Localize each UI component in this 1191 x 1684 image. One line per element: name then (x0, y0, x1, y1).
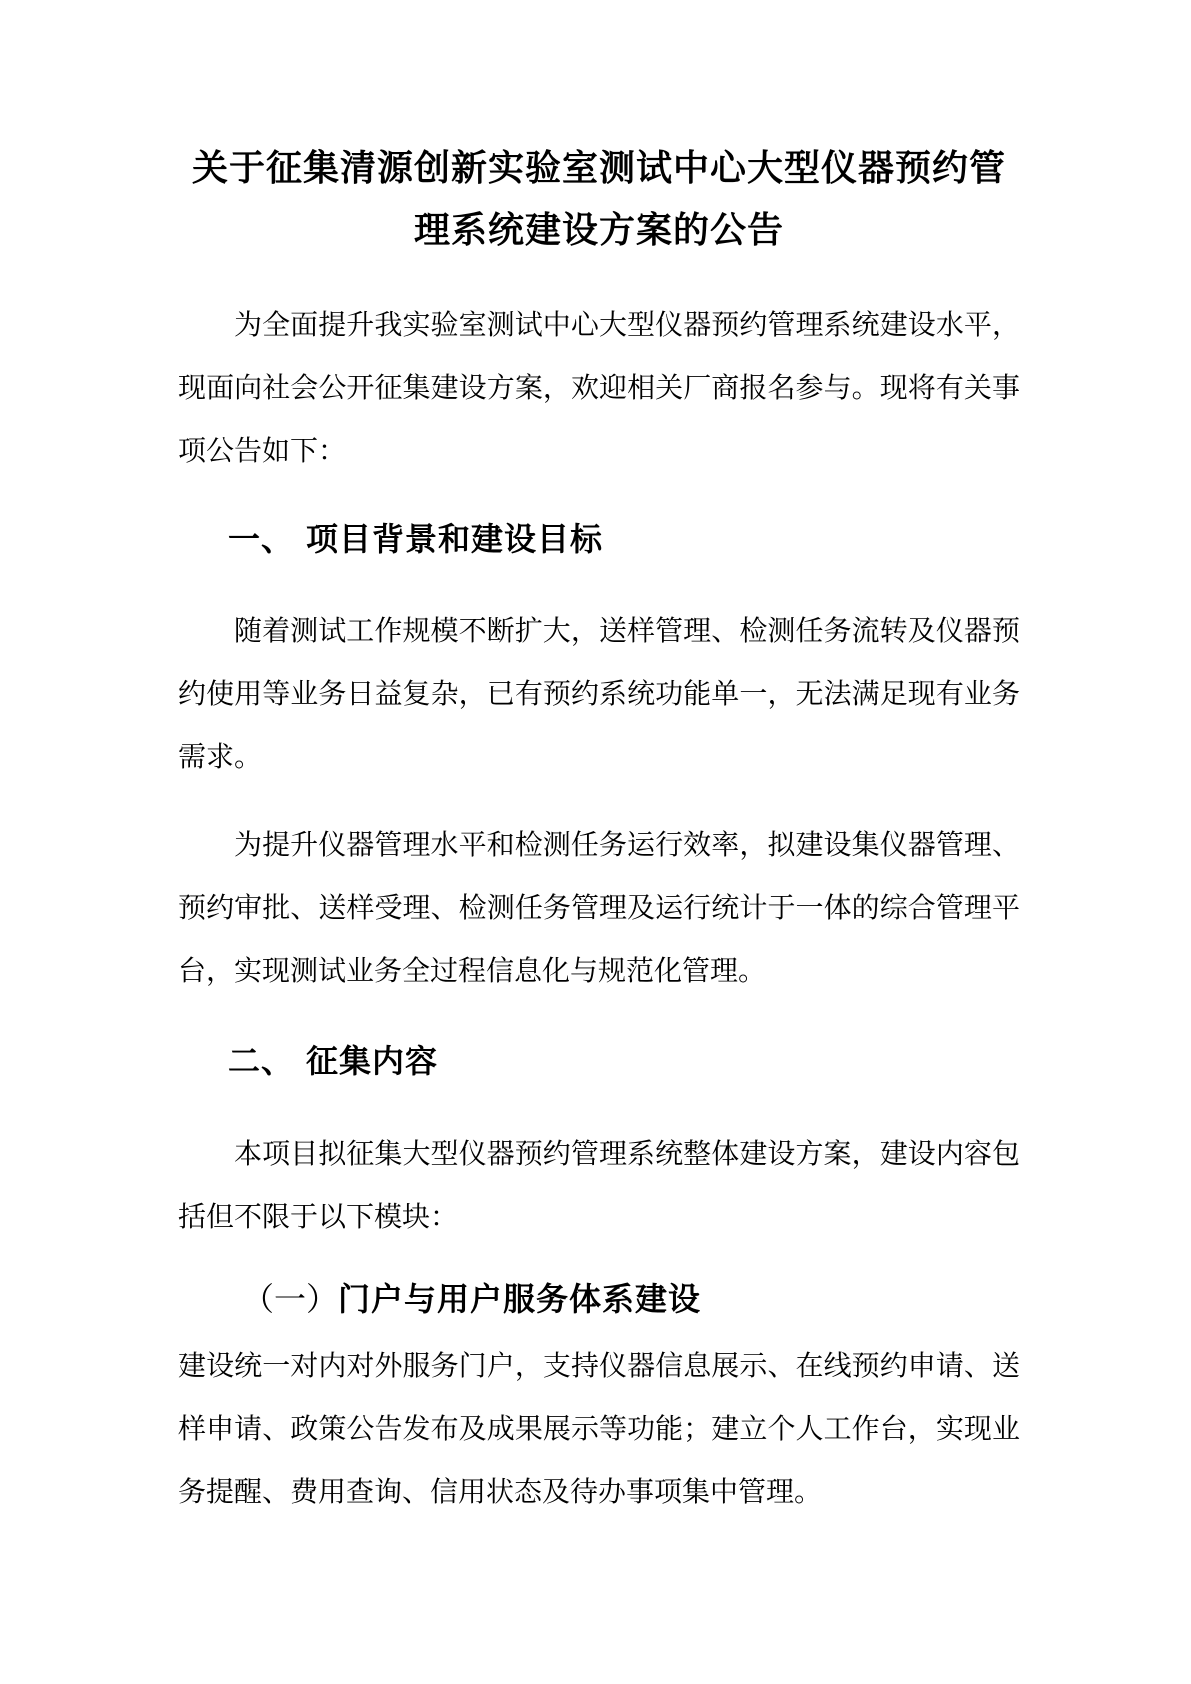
section2-heading-text: 征集内容 (306, 1043, 438, 1079)
section2-paragraph-1: 本项目拟征集大型仪器预约管理系统整体建设方案，建设内容包括但不限于以下模块： (178, 1123, 1020, 1249)
document-page: 关于征集清源创新实验室测试中心大型仪器预约管 理系统建设方案的公告 为全面提升我… (0, 0, 1191, 1684)
section1-heading-text: 项目背景和建设目标 (306, 521, 603, 557)
section1-heading: 一、项目背景和建设目标 (178, 508, 1020, 571)
subsection1-heading-number: （一） (242, 1281, 338, 1317)
document-title-line2: 理系统建设方案的公告 (178, 199, 1020, 261)
document-title-line1: 关于征集清源创新实验室测试中心大型仪器预约管 (178, 137, 1020, 199)
document-content: 关于征集清源创新实验室测试中心大型仪器预约管 理系统建设方案的公告 为全面提升我… (0, 137, 1191, 1524)
intro-paragraph: 为全面提升我实验室测试中心大型仪器预约管理系统建设水平，现面向社会公开征集建设方… (178, 294, 1020, 483)
document-title: 关于征集清源创新实验室测试中心大型仪器预约管 理系统建设方案的公告 (178, 137, 1020, 261)
section2-heading-number: 二、 (228, 1043, 294, 1079)
section1-heading-number: 一、 (228, 521, 294, 557)
section2-heading: 二、征集内容 (178, 1030, 1020, 1093)
section1-paragraph-1: 随着测试工作规模不断扩大，送样管理、检测任务流转及仪器预约使用等业务日益复杂，已… (178, 600, 1020, 789)
subsection1-heading-title: 门户与用户服务体系建设 (338, 1281, 701, 1317)
section1-paragraph-2: 为提升仪器管理水平和检测任务运行效率，拟建设集仪器管理、预约审批、送样受理、检测… (178, 814, 1020, 1003)
subsection1-paragraph: 建设统一对内对外服务门户，支持仪器信息展示、在线预约申请、送样申请、政策公告发布… (178, 1335, 1020, 1524)
subsection1-heading: （一）门户与用户服务体系建设 (178, 1268, 1020, 1331)
